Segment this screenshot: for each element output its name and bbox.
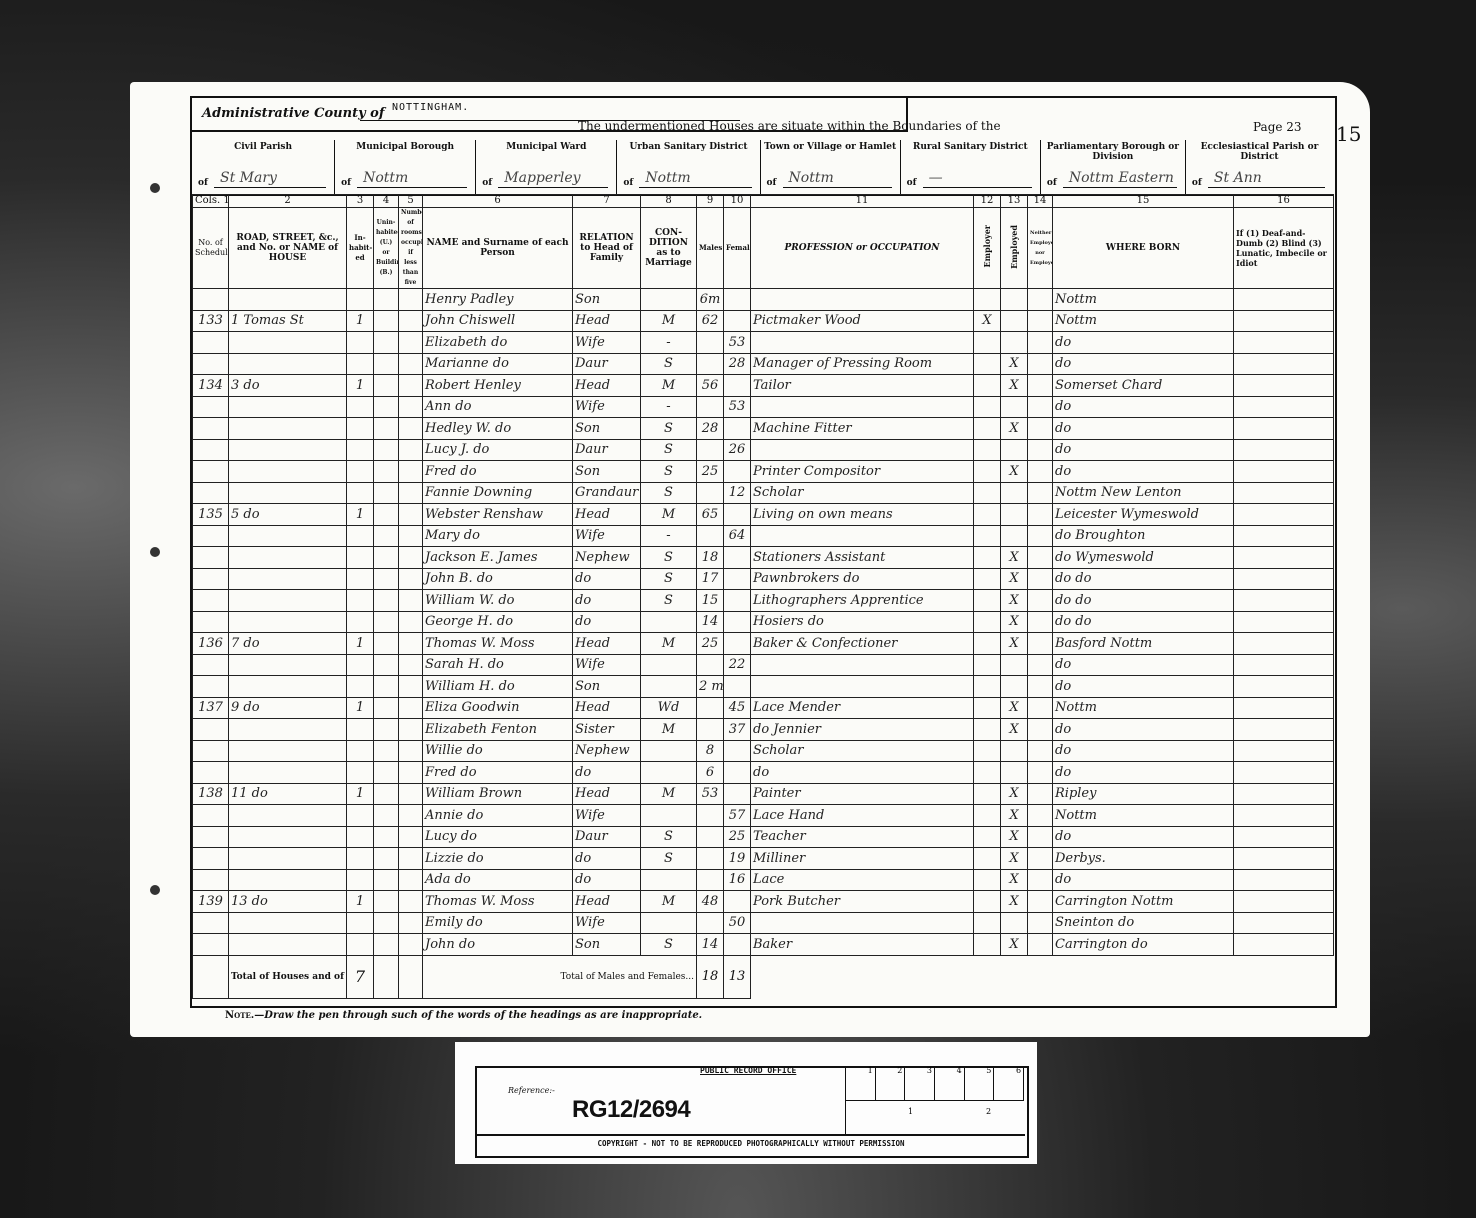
col-num: 8 — [641, 195, 697, 208]
relation: Wife — [573, 525, 641, 547]
reference-number: RG12/2694 — [572, 1096, 690, 1124]
age-male — [697, 719, 724, 741]
age-male — [697, 525, 724, 547]
address — [229, 482, 347, 504]
occupation — [751, 525, 974, 547]
col-num: 2 — [229, 195, 347, 208]
uninhabited — [374, 697, 399, 719]
table-row: Emily doWife50Sneinton do — [193, 912, 1334, 934]
employer-mark — [974, 482, 1001, 504]
birthplace: do — [1053, 676, 1234, 698]
note-text: Draw the pen through such of the words o… — [264, 1010, 702, 1021]
condition: M — [641, 504, 697, 526]
occupation: Lace Hand — [751, 805, 974, 827]
person-name: Henry Padley — [423, 289, 573, 311]
condition — [641, 289, 697, 311]
address — [229, 439, 347, 461]
boundary-label: Civil Parish — [192, 140, 334, 152]
neither-mark — [1028, 547, 1053, 569]
measurement-scale: 1 2 3 4 5 6 1 2 — [845, 1066, 1024, 1134]
header-males: Males — [697, 208, 724, 289]
uninhabited — [374, 891, 399, 913]
address — [229, 676, 347, 698]
birthplace: do — [1053, 332, 1234, 354]
infirmity — [1234, 418, 1334, 440]
occupation — [751, 332, 974, 354]
females-total: 13 — [724, 955, 751, 998]
employed-mark: X — [1001, 697, 1028, 719]
boundary-rural-sanitary: Rural Sanitary Districtof— — [901, 140, 1041, 194]
table-row: Lucy doDaurS25TeacherXdo — [193, 826, 1334, 848]
relation: Head — [573, 783, 641, 805]
boundaries-row: Civil ParishofSt Mary Municipal Borougho… — [192, 140, 1333, 196]
houses-total-label: Total of Houses and of Tenements with le… — [229, 955, 347, 998]
header-occupation: PROFESSION or OCCUPATION — [751, 208, 974, 289]
schedule-number — [193, 654, 229, 676]
age-female: 50 — [724, 912, 751, 934]
neither-mark — [1028, 697, 1053, 719]
address — [229, 805, 347, 827]
address — [229, 934, 347, 956]
table-row: 1343 do1Robert HenleyHeadM56TailorXSomer… — [193, 375, 1334, 397]
uninhabited — [374, 633, 399, 655]
address — [229, 289, 347, 311]
relation: Head — [573, 891, 641, 913]
occupation: Machine Fitter — [751, 418, 974, 440]
occupation: Stationers Assistant — [751, 547, 974, 569]
age-female: 37 — [724, 719, 751, 741]
schedule-number — [193, 912, 229, 934]
address: 1 Tomas St — [229, 310, 347, 332]
employer-mark — [974, 934, 1001, 956]
employer-mark — [974, 912, 1001, 934]
of-label: of — [623, 178, 633, 188]
employer-mark — [974, 805, 1001, 827]
uninhabited — [374, 461, 399, 483]
employer-mark — [974, 719, 1001, 741]
person-name: Ann do — [423, 396, 573, 418]
employed-mark: X — [1001, 805, 1028, 827]
person-name: Webster Renshaw — [423, 504, 573, 526]
person-name: Ada do — [423, 869, 573, 891]
inhabited: 1 — [347, 697, 374, 719]
age-female — [724, 418, 751, 440]
header-uninhabited: Unin-habited (U.) or Building (B.) — [374, 208, 399, 289]
uninhabited — [374, 439, 399, 461]
inhabited — [347, 719, 374, 741]
uninhabited — [374, 504, 399, 526]
infirmity — [1234, 848, 1334, 870]
neither-mark — [1028, 461, 1053, 483]
birthplace: do — [1053, 719, 1234, 741]
table-row: 1355 do1Webster RenshawHeadM65Living on … — [193, 504, 1334, 526]
folio-number: 15 — [1336, 122, 1361, 146]
table-row: 13811 do1William BrownHeadM53PainterXRip… — [193, 783, 1334, 805]
occupation: Pawnbrokers do — [751, 568, 974, 590]
occupation: do Jennier — [751, 719, 974, 741]
person-name: Willie do — [423, 740, 573, 762]
age-female — [724, 504, 751, 526]
condition — [641, 676, 697, 698]
birthplace: Basford Nottm — [1053, 633, 1234, 655]
employed-mark — [1001, 289, 1028, 311]
person-name: John do — [423, 934, 573, 956]
schedule-number — [193, 676, 229, 698]
age-female — [724, 547, 751, 569]
infirmity — [1234, 504, 1334, 526]
age-female: 45 — [724, 697, 751, 719]
rooms — [399, 869, 423, 891]
employed-mark — [1001, 439, 1028, 461]
boundary-value: Nottm — [357, 169, 467, 188]
person-name: Robert Henley — [423, 375, 573, 397]
age-female — [724, 762, 751, 784]
infirmity — [1234, 762, 1334, 784]
rooms — [399, 482, 423, 504]
person-name: William Brown — [423, 783, 573, 805]
condition — [641, 740, 697, 762]
person-name: Mary do — [423, 525, 573, 547]
infirmity — [1234, 439, 1334, 461]
relation: Sister — [573, 719, 641, 741]
relation: Wife — [573, 912, 641, 934]
neither-mark — [1028, 525, 1053, 547]
uninhabited — [374, 805, 399, 827]
employer-mark — [974, 332, 1001, 354]
rooms — [399, 332, 423, 354]
condition: - — [641, 396, 697, 418]
age-male: 15 — [697, 590, 724, 612]
table-row: Ada dodo16LaceXdo — [193, 869, 1334, 891]
relation: do — [573, 869, 641, 891]
rooms — [399, 525, 423, 547]
uninhabited — [374, 547, 399, 569]
uninhabited — [374, 676, 399, 698]
table-row: Elizabeth FentonSisterM37do JennierXdo — [193, 719, 1334, 741]
person-name: Elizabeth Fenton — [423, 719, 573, 741]
age-male — [697, 332, 724, 354]
uninhabited — [374, 654, 399, 676]
age-female: 53 — [724, 332, 751, 354]
header-rooms: Number of rooms occupied if less than fi… — [399, 208, 423, 289]
infirmity — [1234, 332, 1334, 354]
condition: S — [641, 848, 697, 870]
rooms — [399, 310, 423, 332]
infirmity — [1234, 740, 1334, 762]
condition: M — [641, 633, 697, 655]
rooms — [399, 418, 423, 440]
condition: M — [641, 310, 697, 332]
occupation: Teacher — [751, 826, 974, 848]
copyright-notice: COPYRIGHT - NOT TO BE REPRODUCED PHOTOGR… — [477, 1134, 1025, 1148]
table-row: Sarah H. doWife22do — [193, 654, 1334, 676]
table-row: William H. doSon2 modo — [193, 676, 1334, 698]
inhabited — [347, 805, 374, 827]
condition — [641, 912, 697, 934]
inhabited — [347, 869, 374, 891]
inhabited — [347, 568, 374, 590]
person-name: Fannie Downing — [423, 482, 573, 504]
birthplace: do — [1053, 461, 1234, 483]
employer-mark — [974, 783, 1001, 805]
person-name: Hedley W. do — [423, 418, 573, 440]
col-num: 12 — [974, 195, 1001, 208]
table-row: John doSonS14BakerXCarrington do — [193, 934, 1334, 956]
col-num: Cols. 1 — [193, 195, 229, 208]
punch-hole — [150, 547, 160, 557]
table-row: 13913 do1Thomas W. MossHeadM48Pork Butch… — [193, 891, 1334, 913]
table-row: Lizzie dodoS19MillinerXDerbys. — [193, 848, 1334, 870]
birthplace: Sneinton do — [1053, 912, 1234, 934]
uninhabited — [374, 762, 399, 784]
header-where-born: WHERE BORN — [1053, 208, 1234, 289]
birthplace: do — [1053, 826, 1234, 848]
occupation: Pictmaker Wood — [751, 310, 974, 332]
neither-mark — [1028, 611, 1053, 633]
schedule-number — [193, 719, 229, 741]
condition: - — [641, 525, 697, 547]
neither-mark — [1028, 353, 1053, 375]
birthplace: Leicester Wymeswold — [1053, 504, 1234, 526]
schedule-number: 134 — [193, 375, 229, 397]
inhabited: 1 — [347, 310, 374, 332]
schedule-number: 139 — [193, 891, 229, 913]
totals-blank — [399, 955, 423, 998]
neither-mark — [1028, 740, 1053, 762]
relation: Nephew — [573, 740, 641, 762]
boundary-label: Town or Village or Hamlet — [761, 140, 900, 152]
schedule-number — [193, 611, 229, 633]
inhabited: 1 — [347, 891, 374, 913]
employed-mark — [1001, 310, 1028, 332]
col-num: 7 — [573, 195, 641, 208]
relation: do — [573, 762, 641, 784]
birthplace: do — [1053, 418, 1234, 440]
person-name: Lizzie do — [423, 848, 573, 870]
of-label: of — [198, 178, 208, 188]
employed-mark: X — [1001, 611, 1028, 633]
address — [229, 762, 347, 784]
table-row: Lucy J. doDaurS26do — [193, 439, 1334, 461]
rooms — [399, 547, 423, 569]
address — [229, 525, 347, 547]
age-female: 53 — [724, 396, 751, 418]
condition: M — [641, 719, 697, 741]
table-row: Jackson E. JamesNephewS18Stationers Assi… — [193, 547, 1334, 569]
occupation — [751, 912, 974, 934]
uninhabited — [374, 396, 399, 418]
condition: S — [641, 590, 697, 612]
birthplace: do — [1053, 762, 1234, 784]
table-row: Willie doNephew8Scholardo — [193, 740, 1334, 762]
condition: M — [641, 783, 697, 805]
occupation: Manager of Pressing Room — [751, 353, 974, 375]
rooms — [399, 719, 423, 741]
birthplace: Nottm — [1053, 805, 1234, 827]
neither-mark — [1028, 805, 1053, 827]
age-male: 6m — [697, 289, 724, 311]
neither-mark — [1028, 332, 1053, 354]
birthplace: Carrington Nottm — [1053, 891, 1234, 913]
infirmity — [1234, 654, 1334, 676]
neither-mark — [1028, 869, 1053, 891]
boundary-label: Ecclesiastical Parish or District — [1186, 140, 1333, 162]
uninhabited — [374, 869, 399, 891]
age-female — [724, 740, 751, 762]
age-male: 8 — [697, 740, 724, 762]
condition: S — [641, 418, 697, 440]
col-num: 3 — [347, 195, 374, 208]
inhabited — [347, 439, 374, 461]
uninhabited — [374, 353, 399, 375]
person-name: Fred do — [423, 461, 573, 483]
boundary-urban-sanitary: Urban Sanitary DistrictofNottm — [617, 140, 760, 194]
rooms — [399, 633, 423, 655]
occupation: Lace Mender — [751, 697, 974, 719]
rooms — [399, 848, 423, 870]
employed-mark: X — [1001, 568, 1028, 590]
scale-tick: 5 — [965, 1066, 995, 1100]
condition: S — [641, 461, 697, 483]
schedule-number — [193, 848, 229, 870]
birthplace: Derbys. — [1053, 848, 1234, 870]
birthplace: do — [1053, 353, 1234, 375]
infirmity — [1234, 826, 1334, 848]
address — [229, 353, 347, 375]
age-male — [697, 826, 724, 848]
schedule-number — [193, 525, 229, 547]
occupation — [751, 439, 974, 461]
age-female: 57 — [724, 805, 751, 827]
employer-mark — [974, 375, 1001, 397]
age-female: 64 — [724, 525, 751, 547]
schedule-number: 135 — [193, 504, 229, 526]
birthplace: do — [1053, 654, 1234, 676]
relation: Son — [573, 676, 641, 698]
rooms — [399, 826, 423, 848]
occupation: Lithographers Apprentice — [751, 590, 974, 612]
address — [229, 547, 347, 569]
person-name: William H. do — [423, 676, 573, 698]
employer-mark — [974, 439, 1001, 461]
age-female — [724, 289, 751, 311]
infirmity — [1234, 310, 1334, 332]
neither-mark — [1028, 719, 1053, 741]
table-row: Marianne doDaurS28Manager of Pressing Ro… — [193, 353, 1334, 375]
infirmity — [1234, 783, 1334, 805]
birthplace: do do — [1053, 568, 1234, 590]
header-schedule: No. of Schedule — [193, 208, 229, 289]
employer-mark: X — [974, 310, 1001, 332]
relation: Head — [573, 310, 641, 332]
age-female — [724, 676, 751, 698]
birthplace: Carrington do — [1053, 934, 1234, 956]
age-male: 62 — [697, 310, 724, 332]
address: 3 do — [229, 375, 347, 397]
age-male: 56 — [697, 375, 724, 397]
table-row: Hedley W. doSonS28Machine FitterXdo — [193, 418, 1334, 440]
age-male — [697, 697, 724, 719]
birthplace: do do — [1053, 611, 1234, 633]
age-male — [697, 353, 724, 375]
employed-mark: X — [1001, 934, 1028, 956]
age-male: 18 — [697, 547, 724, 569]
neither-mark — [1028, 439, 1053, 461]
rooms — [399, 676, 423, 698]
relation: do — [573, 611, 641, 633]
age-male: 17 — [697, 568, 724, 590]
neither-mark — [1028, 375, 1053, 397]
infirmity — [1234, 676, 1334, 698]
age-male — [697, 912, 724, 934]
schedule-number — [193, 762, 229, 784]
person-name: Elizabeth do — [423, 332, 573, 354]
birthplace: Somerset Chard — [1053, 375, 1234, 397]
age-male: 6 — [697, 762, 724, 784]
uninhabited — [374, 719, 399, 741]
scale-tick: 2 — [876, 1066, 906, 1100]
address — [229, 654, 347, 676]
inhabited: 1 — [347, 783, 374, 805]
neither-mark — [1028, 396, 1053, 418]
inhabited — [347, 525, 374, 547]
uninhabited — [374, 568, 399, 590]
employer-mark — [974, 590, 1001, 612]
boundary-civil-parish: Civil ParishofSt Mary — [192, 140, 335, 194]
of-label: of — [1047, 178, 1057, 188]
employed-mark — [1001, 525, 1028, 547]
employed-mark: X — [1001, 783, 1028, 805]
schedule-number — [193, 439, 229, 461]
age-female — [724, 633, 751, 655]
address — [229, 740, 347, 762]
page-number: Page 23 — [1253, 120, 1302, 134]
header-females: Females — [724, 208, 751, 289]
person-name: John B. do — [423, 568, 573, 590]
neither-mark — [1028, 783, 1053, 805]
header-road: ROAD, STREET, &c., and No. or NAME of HO… — [229, 208, 347, 289]
neither-mark — [1028, 848, 1053, 870]
neither-mark — [1028, 891, 1053, 913]
condition: S — [641, 439, 697, 461]
address: 5 do — [229, 504, 347, 526]
age-female: 12 — [724, 482, 751, 504]
age-male — [697, 805, 724, 827]
col-num: 13 — [1001, 195, 1028, 208]
schedule-number: 138 — [193, 783, 229, 805]
age-female — [724, 891, 751, 913]
boundary-label: Urban Sanitary District — [617, 140, 759, 152]
age-female: 22 — [724, 654, 751, 676]
inhabited — [347, 461, 374, 483]
inhabited — [347, 482, 374, 504]
age-male: 25 — [697, 633, 724, 655]
scale-inches: 1 2 3 4 5 6 — [846, 1066, 1024, 1101]
rooms — [399, 504, 423, 526]
rooms — [399, 375, 423, 397]
punch-hole — [150, 183, 160, 193]
rooms — [399, 461, 423, 483]
schedule-number: 137 — [193, 697, 229, 719]
scale-cm: 1 2 — [846, 1101, 1024, 1134]
employer-mark — [974, 891, 1001, 913]
county-label: Administrative County of — [202, 106, 384, 121]
relation: Grandaur — [573, 482, 641, 504]
age-female: 26 — [724, 439, 751, 461]
schedule-number — [193, 590, 229, 612]
age-male — [697, 654, 724, 676]
neither-mark — [1028, 482, 1053, 504]
